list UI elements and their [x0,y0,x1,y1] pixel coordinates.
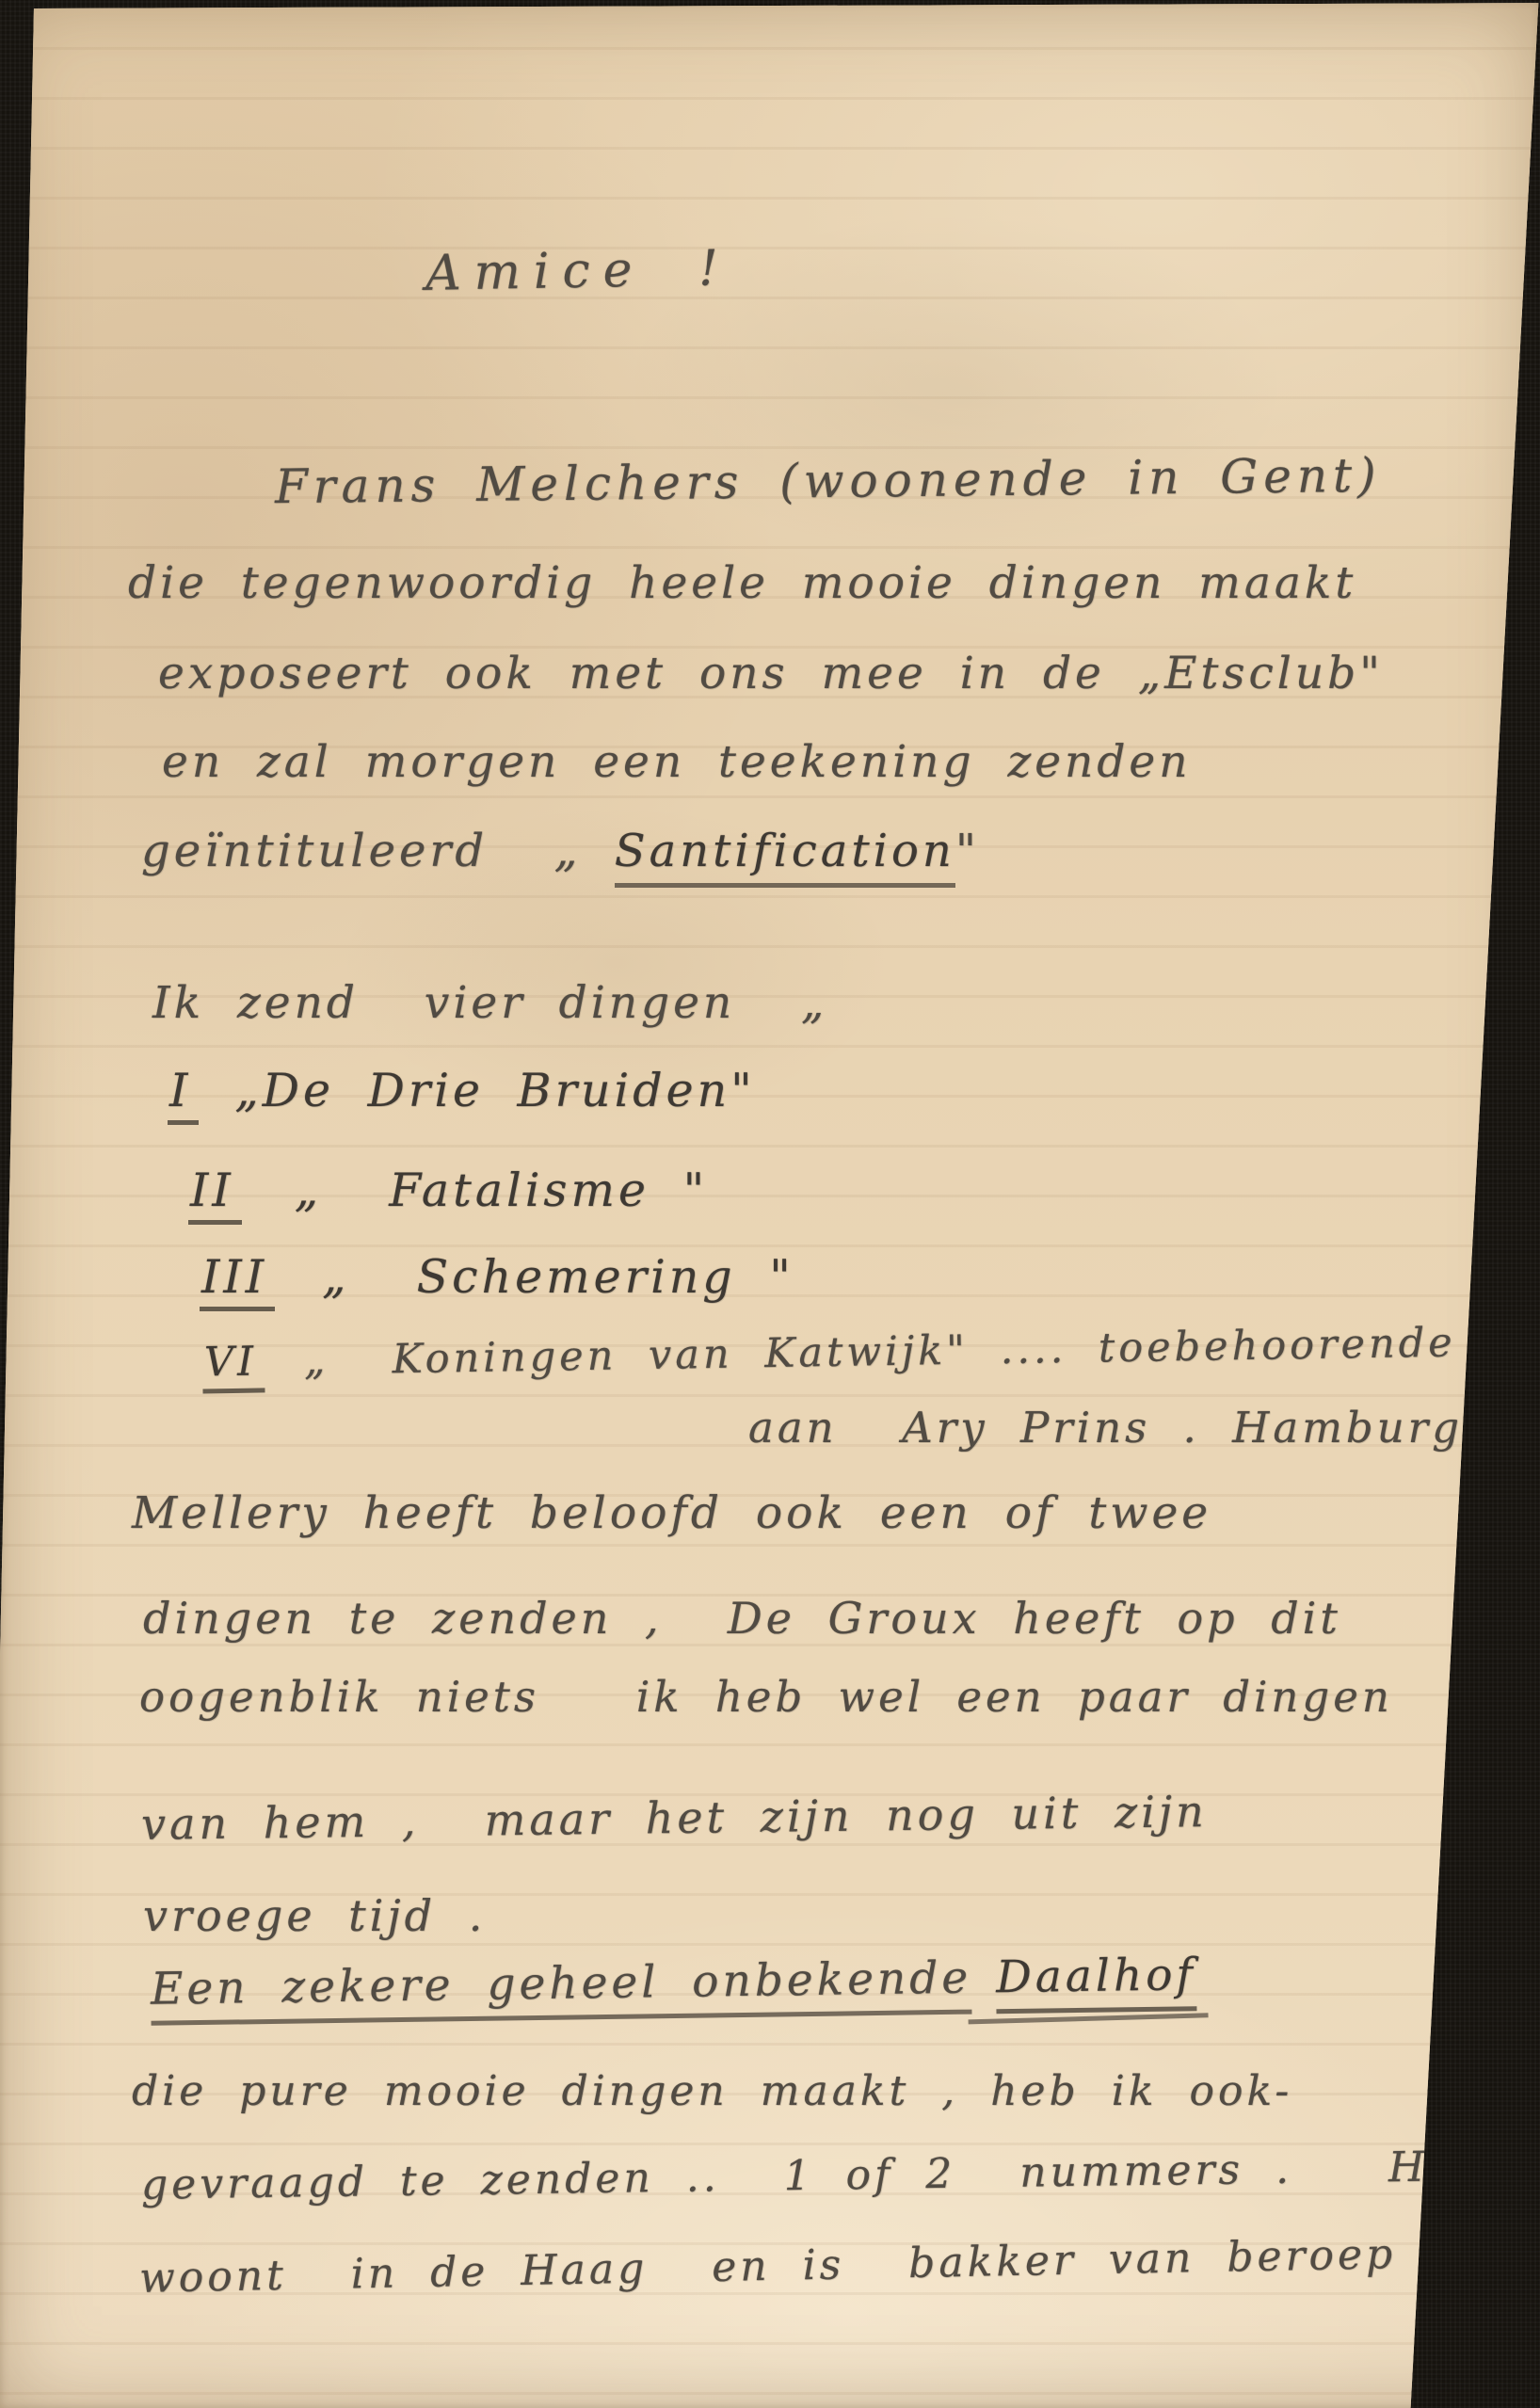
roman-numeral: III [200,1250,275,1311]
letter-line-p1-4: en zal morgen een teekening zenden [162,736,1192,788]
letter-line-p3-4: woont in de Haag en is bakker van beroep [139,2230,1397,2303]
letter-line-p1-5: geïntituleerd „ Santification" [141,825,980,877]
letter-line-p3-2: die pure mooie dingen maakt , heb ik ook… [132,2067,1292,2115]
underlined-artwork-title: Santification [615,825,955,888]
letter-line-p1-2: die tegenwoordig heele mooie dingen maak… [128,557,1356,609]
list-item-2: II„ Fatalisme " [188,1164,708,1225]
list-item-4: VI„ Koningen van Katwijk" .... toebehoor… [202,1320,1457,1394]
line-fragment: geïntituleerd „ [141,825,615,877]
roman-numeral: II [188,1164,242,1225]
line-fragment: " [955,825,980,877]
letter-line-p2-1: Mellery heeft beloofd ook een of twee [132,1487,1211,1539]
artwork-title: „ Schemering " [322,1250,794,1304]
underlined-phrase: Een zekere geheel onbekende [151,1952,972,2026]
emphasized-name: Daalhof [996,1949,1197,2014]
list-intro-line: Ik zend vier dingen „ [152,977,827,1029]
letter-line-p2-2: dingen te zenden , De Groux heeft op dit [143,1593,1341,1644]
letter-line-p1-3: exposeert ook met ons mee in de „Etsclub… [158,648,1384,699]
list-item-3: III„ Schemering " [200,1250,794,1311]
letter-page: Amice ! Frans Melchers (woonende in Gent… [0,0,1540,2408]
letter-line-p2-3: oogenblik niets ik heb wel een paar ding… [139,1672,1393,1722]
letter-line-p1-1: Frans Melchers (woonende in Gent) [275,448,1382,514]
salutation: Amice ! [425,240,732,302]
letter-line-p3-3: gevraagd te zenden .. 1 of 2 nummers . H… [141,2143,1463,2209]
roman-numeral: I [168,1064,199,1125]
list-item-1: I„De Drie Bruiden" [168,1064,756,1125]
roman-numeral: VI [202,1338,265,1393]
artwork-title: „ Fatalisme " [295,1164,708,1217]
letter-line-p2-5: vroege tijd . [143,1890,486,1941]
list-item-4-continuation: aan Ary Prins . Hamburg [748,1403,1463,1453]
letter-line-p2-4: van hem , maar het zijn nog uit zijn [141,1786,1208,1850]
artwork-title: „De Drie Bruiden" [234,1064,755,1117]
artwork-title: „ Koningen van Katwijk" .... toebehooren… [304,1320,1456,1385]
letter-line-p3-1: Een zekere geheel onbekendeDaalhof [151,1949,1197,2015]
